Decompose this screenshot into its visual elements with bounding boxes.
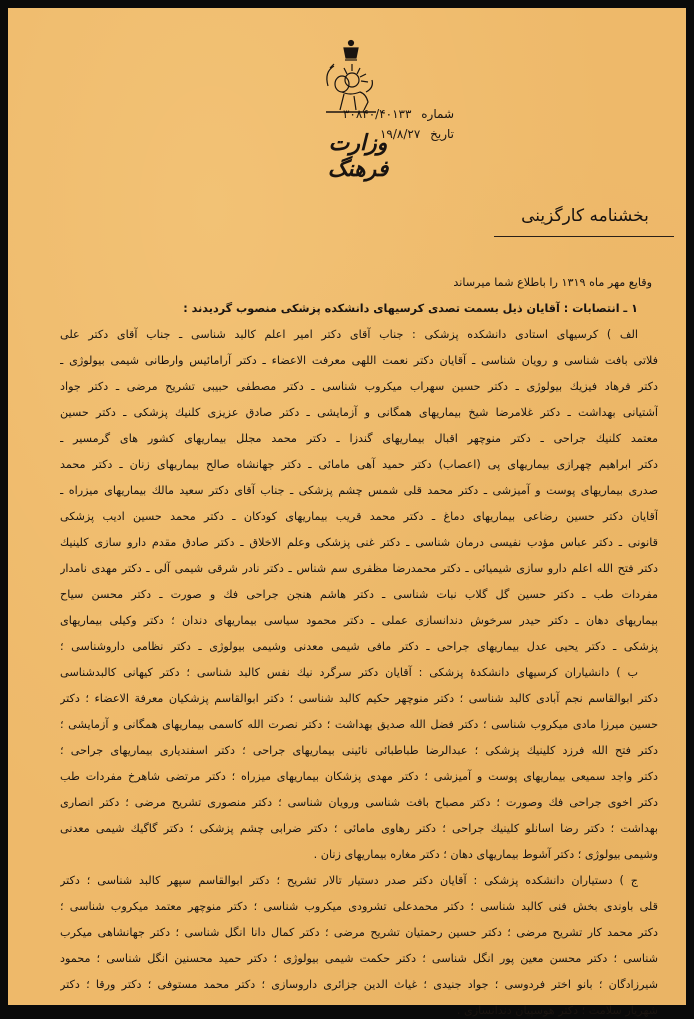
body-line: فلاتی بافت شناسی و رویان شناسی ـ آقایان … bbox=[60, 348, 658, 374]
section-heading-text: ۱ ـ انتصابات : آقایان ذیل بسمت تصدی کرسی… bbox=[183, 302, 638, 315]
section-heading: ۱ ـ انتصابات : آقایان ذیل بسمت تصدی کرسی… bbox=[60, 296, 658, 322]
body-line: وشیمی بیولوژی ؛ دکتر آشوط بیماریهای دهان… bbox=[60, 842, 658, 868]
date-row: تاریخ ۱۹/۸/۲۷ bbox=[343, 124, 454, 144]
body-line: دکتر واجد سمیعی بیماریهای پوست و آمیزشی … bbox=[60, 764, 658, 790]
body-line: دکتر محمد کار تشریح مرضی ؛ دکتر حسین رحم… bbox=[60, 920, 658, 946]
body-line: دکتر فتح الله فرزد کلینیك پزشکی ؛ عبدالر… bbox=[60, 738, 658, 764]
circular-title: بخشنامه کارگزینی bbox=[480, 206, 690, 226]
number-row: شماره ۳۰۸۴۰/۴۰۱۳۳ bbox=[343, 104, 454, 124]
body-line: شیرزادگان ؛ بانو اختر فردوسی ؛ جواد جنید… bbox=[60, 972, 658, 998]
body-line: بهداشت ؛ دکتر رضا اسانلو کلینیك جراحی ؛ … bbox=[60, 816, 658, 842]
date-label: تاریخ bbox=[430, 127, 454, 141]
body-line: دکتر ابراهیم چهرازی بیماریهای پی (اعصاب)… bbox=[60, 452, 658, 478]
body-line: دکتر فرهاد فیزیك بیولوژی ـ دکتر حسین سهر… bbox=[60, 374, 658, 400]
title-underline bbox=[494, 236, 674, 237]
intro-line: وقایع مهر ماه ۱۳۱۹ را باطلاع شما میرساند bbox=[60, 270, 658, 296]
body-line: پزشکی ـ دکتر یحیی عدل بیماریهای جراحی ـ … bbox=[60, 634, 658, 660]
body-line: صدری بیماریهای پوست و آمیزشی ـ دکتر محمد… bbox=[60, 478, 658, 504]
body-line: شهریار سلامت ؛ دکتر هوسپیان دندانسازی . bbox=[60, 998, 658, 1019]
number-value: ۳۰۸۴۰/۴۰۱۳۳ bbox=[343, 107, 412, 121]
body-line: شناسی ؛ دکتر محسن معین پور انگل شناسی ؛ … bbox=[60, 946, 658, 972]
number-label: شماره bbox=[421, 107, 454, 121]
body-line: دکتر اخوی جراحی فك وصورت ؛ دکتر مصباح با… bbox=[60, 790, 658, 816]
document-page: وزارت فرهنگ شماره ۳۰۸۴۰/۴۰۱۳۳ تاریخ ۱۹/۸… bbox=[8, 8, 686, 1005]
date-value: ۱۹/۸/۲۷ bbox=[380, 127, 420, 141]
body-line: آشتیانی بهداشت ـ دکتر غلامرضا شیخ بیماری… bbox=[60, 400, 658, 426]
body-line: حسین میرزا مادی میکروب شناسی ؛ دکتر فضل … bbox=[60, 712, 658, 738]
body-line: مفردات طب ـ دکتر حسین گل گلاب نبات شناسی… bbox=[60, 582, 658, 608]
body-line: ج ) دستیاران دانشکده پزشکی : آقایان دکتر… bbox=[60, 868, 658, 894]
body-line: ب ) دانشیاران کرسیهای دانشکدهٔ پزشکی : آ… bbox=[60, 660, 658, 686]
letter-meta: شماره ۳۰۸۴۰/۴۰۱۳۳ تاریخ ۱۹/۸/۲۷ bbox=[343, 104, 454, 144]
body-line: قلی باوندی بخش فنی کالبد شناسی ؛ دکتر مح… bbox=[60, 894, 658, 920]
body-line: آقایان دکتر حسین رضاعی بیماریهای دماغ ـ … bbox=[60, 504, 658, 530]
body-line: قانونی ـ دکتر عباس مؤدب نفیسی درمان شناس… bbox=[60, 530, 658, 556]
body-line: الف ) کرسیهای استادی دانشکده پزشکی : جنا… bbox=[60, 322, 658, 348]
body-line: دکتر فتح الله اعلم دارو سازی شیمیائی ـ د… bbox=[60, 556, 658, 582]
body-line: دکتر ابوالقاسم نجم آبادی کالبد شناسی ؛ د… bbox=[60, 686, 658, 712]
body-line: معتمد کلنیك جراحی ـ دکتر منوچهر اقبال بی… bbox=[60, 426, 658, 452]
circular-body: وقایع مهر ماه ۱۳۱۹ را باطلاع شما میرساند… bbox=[60, 270, 658, 1019]
body-line: بیماریهای دهان ـ دکتر حیدر سرخوش دندانسا… bbox=[60, 608, 658, 634]
